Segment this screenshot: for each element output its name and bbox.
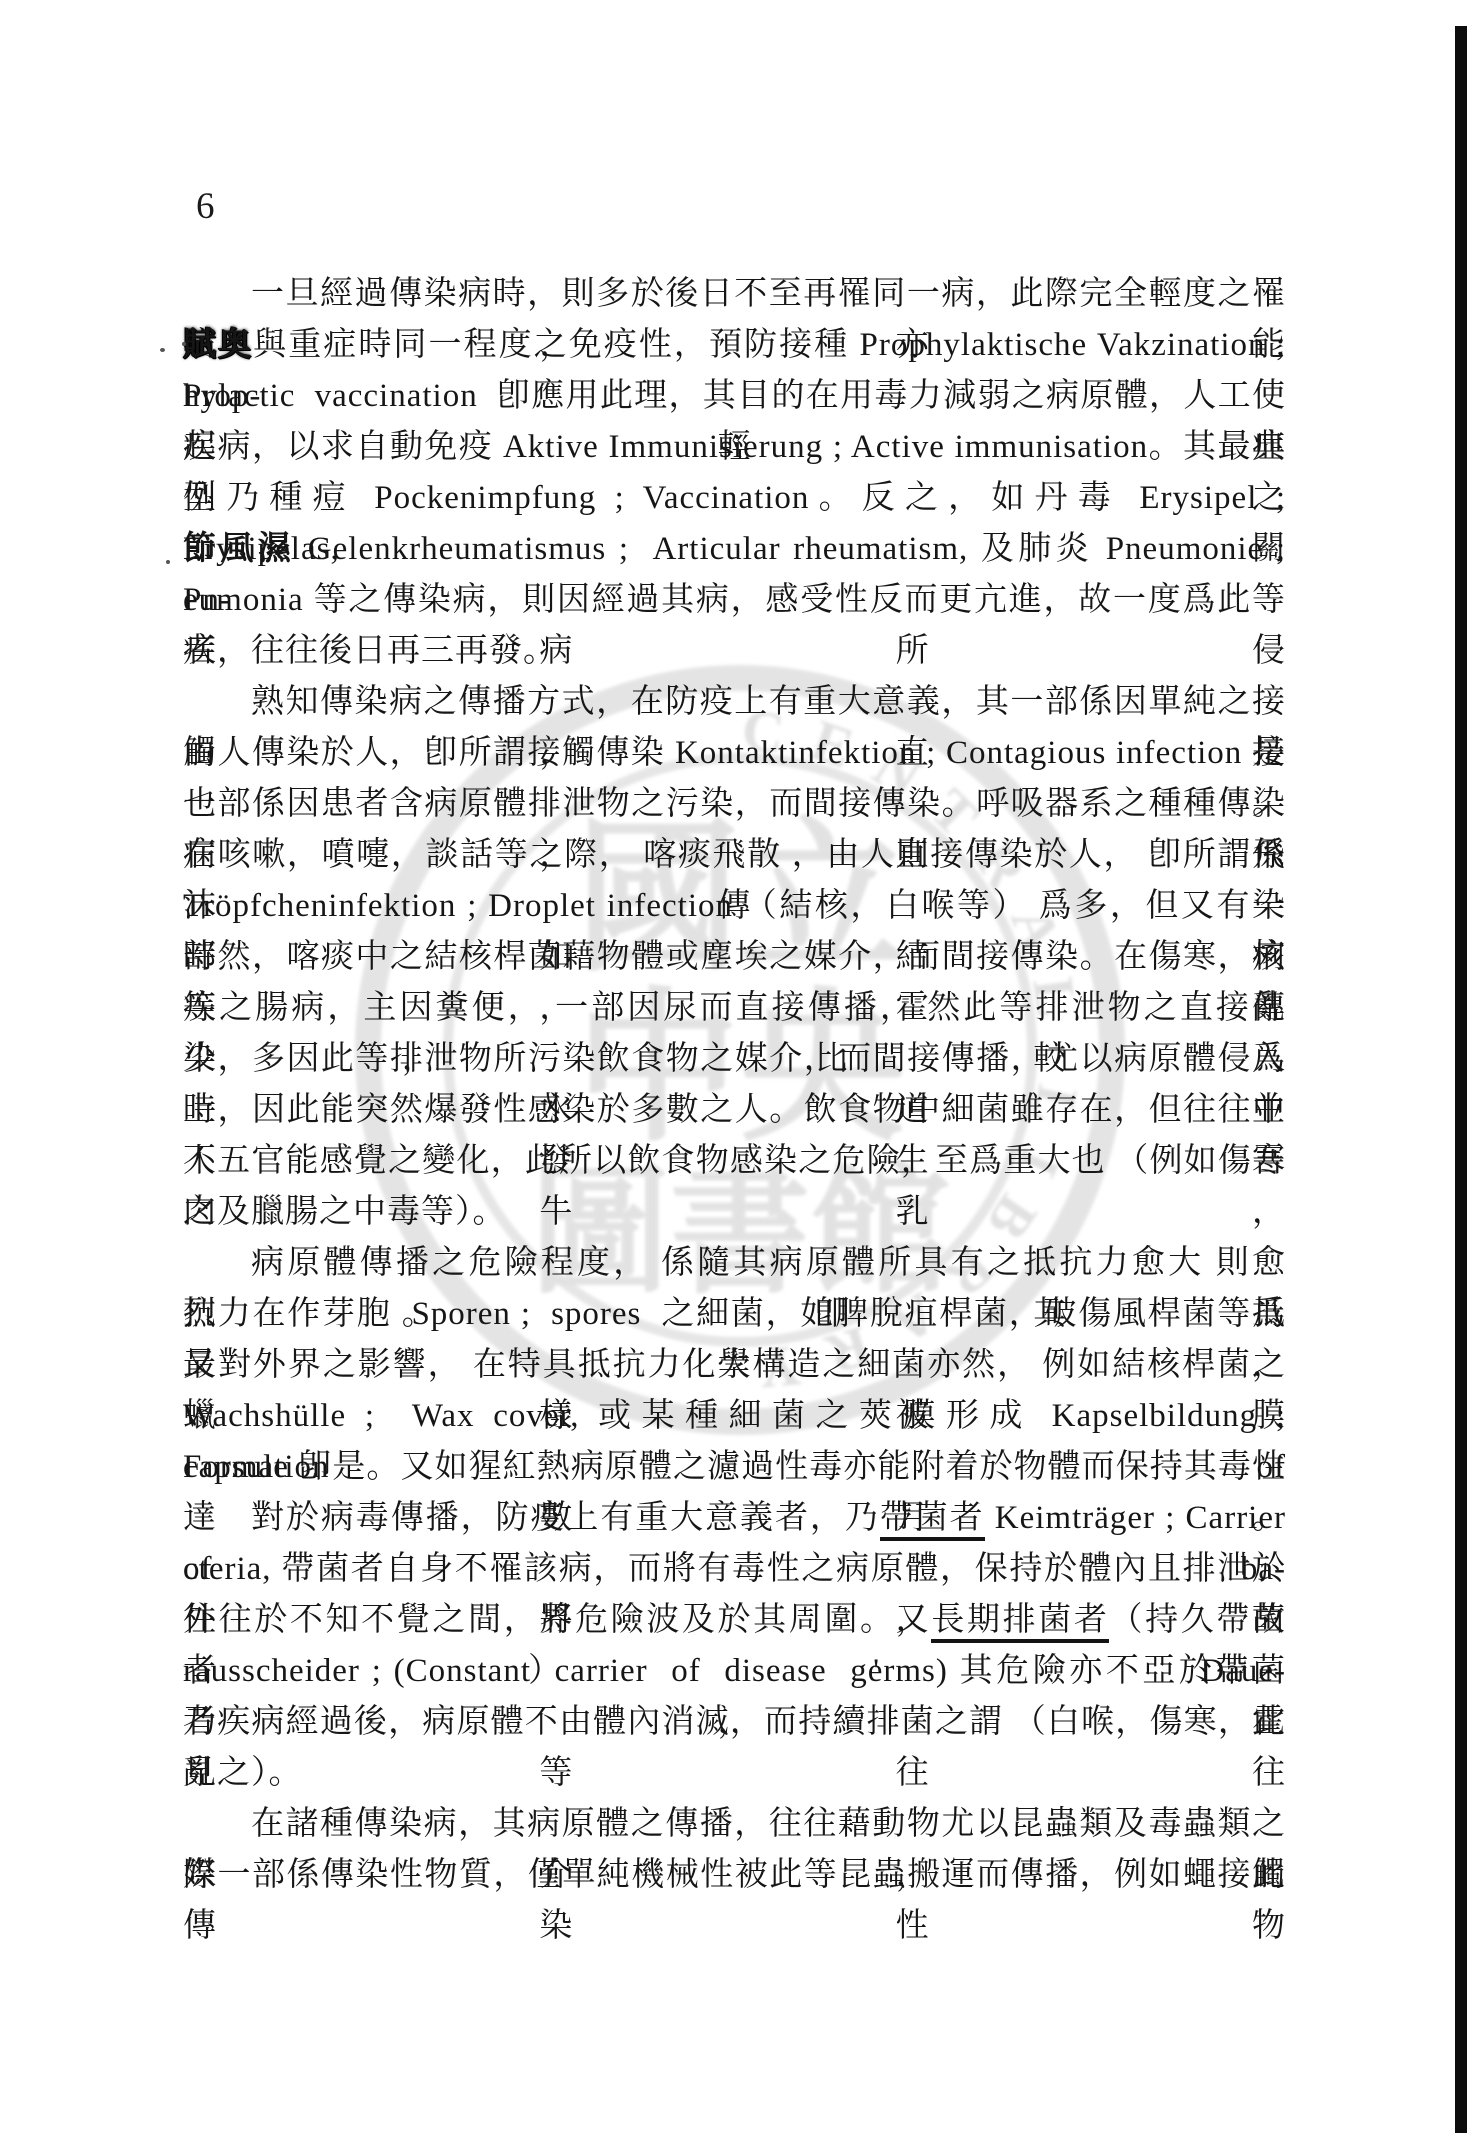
- text-segment: 節風濕: [183, 531, 295, 567]
- text-line: capsule 卽是。又如猩紅熱病原體之濾過性毒亦能附着於物體而保持其毒性達數月…: [183, 1442, 1286, 1493]
- text-line: hylactic vaccination 卽應用此理，其目的在用毒力減弱之病原體…: [183, 371, 1286, 422]
- text-line: Wachshülle ; Wax cover, 或某種細菌之莢膜形成 Kapse…: [183, 1391, 1286, 1442]
- text-line: 疾病，以求自動免疫 Aktive Immunisierung ; Active …: [183, 422, 1286, 473]
- text-line: 在咳嗽，噴嚏，談話等之際， 喀痰飛散 ，由人直接傳染於人， 卽所謂飛沫傳染: [183, 830, 1286, 881]
- text-line: 在諸種傳染病，其病原體之傳播，往往藉動物尤以昆蟲類及毒蟲類之媒介，此: [183, 1799, 1286, 1850]
- text-line: cteria, 帶菌者自身不罹該病，而將有毒性之病原體，保持於體內且排泄於外界，…: [183, 1544, 1286, 1595]
- scan-speck: [166, 560, 170, 564]
- text-line: 又對外界之影響， 在特具抵抗力化學構造之細菌亦然， 例如結核桿菌之蠟樣被膜: [183, 1340, 1286, 1391]
- text-line: 時，因此能突然爆發性感染於多數之人。飲食物中細菌雖存在，但往往並不發生吾: [183, 1085, 1286, 1136]
- text-line: eumonia 等之傳染病，則因經過其病，感受性反而更亢進，故一度爲此等疾病所侵: [183, 575, 1286, 626]
- text-line: 病原體傳播之危險程度， 係隨其病原體所具有之抵抗力愈大 則愈烈。 卽其抵: [183, 1238, 1286, 1289]
- text-segment: 者，往往後日再三再發。: [183, 633, 557, 669]
- text-line: 由人傳染於人，卽所謂接觸傳染 Kontaktinfektion ; Contag…: [183, 728, 1286, 779]
- text-line: 賦奥與重症時同一程度之免疫性，預防接種 Prophylaktische Vakz…: [183, 320, 1286, 371]
- text-segment: 對於病毒傳播，防疫上有重大意義者，乃: [251, 1500, 880, 1536]
- text-line: 際一部係傳染性物質，僅單純機械性被此等昆蟲搬運而傳播，例如蠅接觸傳染性物: [183, 1850, 1286, 1901]
- text-line: 例乃種痘 Pockenimpfung ; Vaccination。反之，如丹毒 …: [183, 473, 1286, 524]
- text-line: 抗力在作芽胞 Sporen ; spores 之細菌，如脾脫疽桿菌，破傷風桿菌等…: [183, 1289, 1286, 1340]
- text-line: 乃疾病經過後，病原體不由體內消滅，而持續排菌之謂 （白喉，傷寒，霍亂等往往: [183, 1697, 1286, 1748]
- text-block: 一旦經過傳染病時，則多於後日不至再罹同一病，此際完全輕度之罹病，亦能賦奥與重症時…: [183, 269, 1286, 1901]
- text-line: 時然，喀痰中之結核桿菌藉物體或塵埃之媒介，而間接傳染。在傷寒，痢疾，霍亂: [183, 932, 1286, 983]
- scan-speck: [160, 348, 165, 352]
- text-line: 節風濕 Gelenkrheumatismus ; Articular rheum…: [183, 524, 1286, 575]
- text-line: 少，多因此等排泄物所污染飲食物之媒介，而間接傳播，尤以病原體侵入上水道中: [183, 1034, 1286, 1085]
- text-line: rausscheider ; (Constant carrier of dise…: [183, 1646, 1286, 1697]
- text-line: 對於病毒傳播，防疫上有重大意義者，乃帶菌者 Keimträger ; Carri…: [183, 1493, 1286, 1544]
- scanned-page: CENTRAL LIBRARY 國立 中央 圖書館 6 一旦經過傳染病時，則多於…: [0, 0, 1467, 2133]
- page-number: 6: [196, 188, 215, 225]
- text-line: 往往於不知不覺之間，將危險波及於其周圍。又長期排菌者（持久帶菌者）' Daue-: [183, 1595, 1286, 1646]
- text-segment: 賦奥: [183, 327, 253, 363]
- emphasized-term: 長期排菌者: [931, 1602, 1109, 1643]
- scanner-edge-artifact: [1455, 26, 1467, 2133]
- text-segment: 見之）。: [183, 1755, 303, 1791]
- text-line: 一部係因患者含病原體排泄物之污染，而間接傳染。呼吸器系之種種傳染病，則係: [183, 779, 1286, 830]
- text-line: 等之腸病，主因糞便， 一部因尿而直接傳播， 然此等排泄物之直接傳染， 比較爲: [183, 983, 1286, 1034]
- text-line: 人五官能感覺之變化，此所以飲食物感染之危險，至爲重大也 （例如傷寒之牛乳，: [183, 1136, 1286, 1187]
- text-segment: 乃疾病經過後，病原體不由體內消滅，而持續排菌之謂 （白喉，傷寒，霍亂等往往: [183, 1704, 1286, 1791]
- text-segment: 際一部係傳染性物質，僅單純機械性被此等昆蟲搬運而傳播，例如蠅接觸傳染性物: [183, 1857, 1286, 1944]
- text-line: 熟知傳染病之傳播方式，在防疫上有重大意義，其一部係因單純之接觸，直接: [183, 677, 1286, 728]
- text-line: 一旦經過傳染病時，則多於後日不至再罹同一病，此際完全輕度之罹病，亦能: [183, 269, 1286, 320]
- scan-speck: [182, 342, 186, 346]
- text-segment: 肉及臘腸之中毒等）。: [183, 1194, 507, 1230]
- text-line: Tröpfcheninfektion ; Droplet infection （…: [183, 881, 1286, 932]
- emphasized-term: 帶菌者: [880, 1500, 985, 1541]
- text-segment: 往往於不知不覺之間，將危險波及於其周圍。又: [183, 1602, 931, 1638]
